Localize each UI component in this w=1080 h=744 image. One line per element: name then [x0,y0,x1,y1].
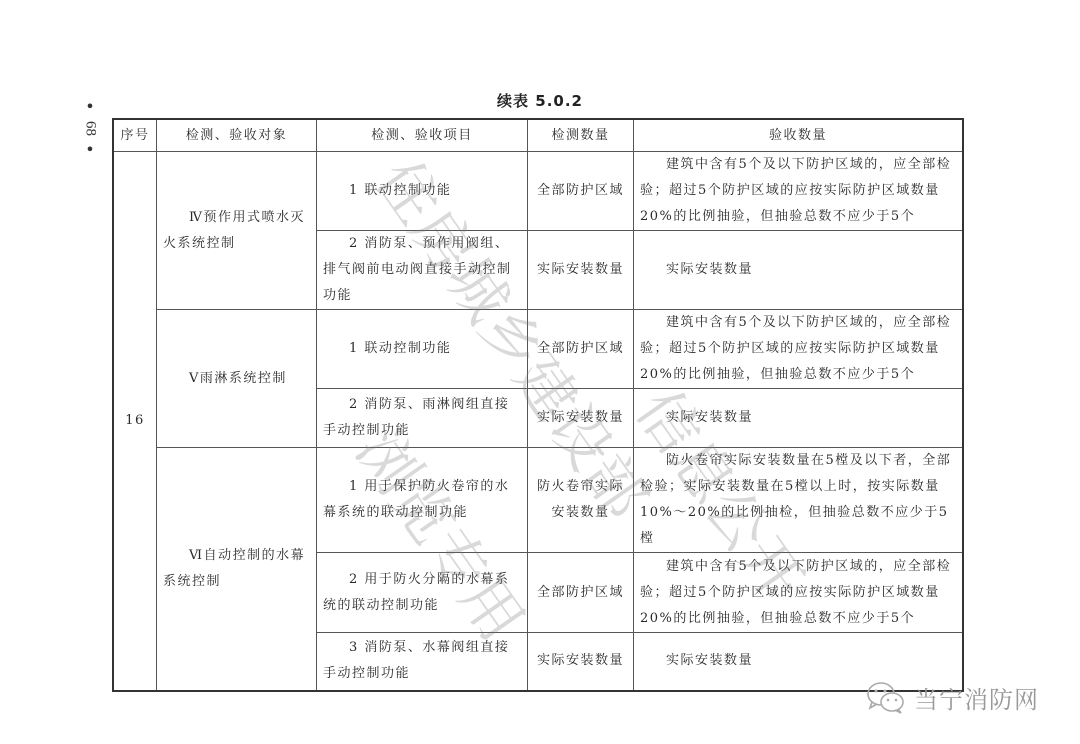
logo-text: 当宁消防网 [914,680,1039,715]
count-cell: 防火卷帘实际安装数量 [528,448,634,553]
count-cell: 实际安装数量 [528,231,634,310]
header-serial: 序号 [113,119,157,152]
item-cell: 2 用于防火分隔的水幕系统的联动控制功能 [317,553,528,633]
item-cell: 2 消防泵、雨淋阀组直接手动控制功能 [317,389,528,448]
object-cell: Ⅳ预作用式喷水灭火系统控制 [157,152,317,310]
count-cell: 实际安装数量 [528,389,634,448]
count-cell: 全部防护区域 [528,553,634,633]
bullet: • [80,143,100,157]
table-row: Ⅵ自动控制的水幕系统控制 1 用于保护防火卷帘的水幕系统的联动控制功能 防火卷帘… [113,448,963,553]
acceptance-cell: 建筑中含有5个及以下防护区域的，应全部检验；超过5个防护区域的应按实际防护区域数… [634,152,964,231]
header-object: 检测、验收对象 [157,119,317,152]
acceptance-cell: 实际安装数量 [634,389,964,448]
object-cell: Ⅵ自动控制的水幕系统控制 [157,448,317,691]
serial-cell: 16 [113,152,157,691]
count-cell: 实际安装数量 [528,633,634,691]
source-logo: 当宁消防网 [866,680,1039,715]
acceptance-cell: 建筑中含有5个及以下防护区域的，应全部检验；超过5个防护区域的应按实际防护区域数… [634,310,964,389]
table-header-row: 序号 检测、验收对象 检测、验收项目 检测数量 验收数量 [113,119,963,152]
wechat-icon [866,681,906,715]
count-cell: 全部防护区域 [528,152,634,231]
item-cell: 2 消防泵、预作用阀组、排气阀前电动阀直接手动控制功能 [317,231,528,310]
table-row: 16 Ⅳ预作用式喷水灭火系统控制 1 联动控制功能 全部防护区域 建筑中含有5个… [113,152,963,231]
inspection-table: 序号 检测、验收对象 检测、验收项目 检测数量 验收数量 16 Ⅳ预作用式喷水灭… [112,118,964,692]
item-cell: 1 用于保护防火卷帘的水幕系统的联动控制功能 [317,448,528,553]
item-cell: 1 联动控制功能 [317,310,528,389]
item-cell: 1 联动控制功能 [317,152,528,231]
table-row: Ⅴ雨淋系统控制 1 联动控制功能 全部防护区域 建筑中含有5个及以下防护区域的，… [113,310,963,389]
acceptance-cell: 建筑中含有5个及以下防护区域的，应全部检验；超过5个防护区域的应按实际防护区域数… [634,553,964,633]
header-count: 检测数量 [528,119,634,152]
object-cell: Ⅴ雨淋系统控制 [157,310,317,448]
page-number-text: 68 [82,119,99,139]
table-caption: 续表 5.0.2 [0,90,1080,111]
acceptance-cell: 实际安装数量 [634,231,964,310]
header-acceptance: 验收数量 [634,119,964,152]
acceptance-cell: 防火卷帘实际安装数量在5樘及以下者，全部检验；实际安装数量在5樘以上时，按实际数… [634,448,964,553]
header-item: 检测、验收项目 [317,119,528,152]
count-cell: 全部防护区域 [528,310,634,389]
item-cell: 3 消防泵、水幕阀组直接手动控制功能 [317,633,528,691]
